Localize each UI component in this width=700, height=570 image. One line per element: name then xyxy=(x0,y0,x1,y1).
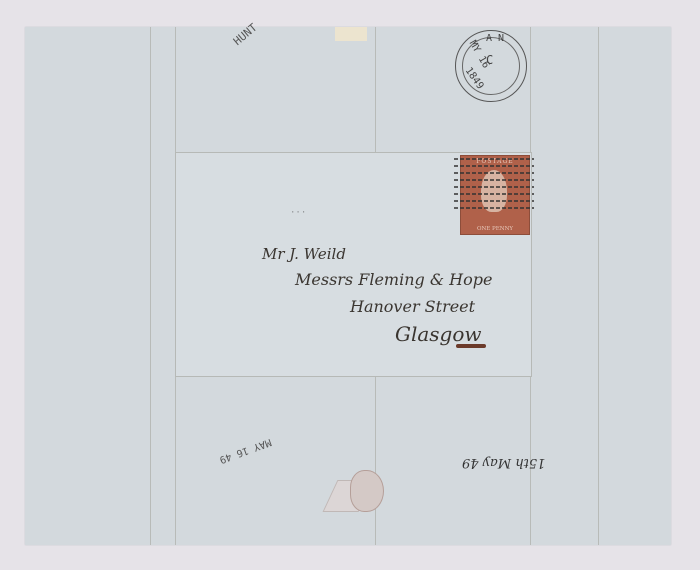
wax-seal xyxy=(330,470,382,515)
fold-line xyxy=(150,27,151,545)
address-line-1: Mr J. Weild xyxy=(262,245,346,263)
ink-blot xyxy=(456,344,486,348)
address-line-4: Glasgow xyxy=(395,322,482,346)
paper-tab xyxy=(335,27,367,41)
faint-handstamp: ··· xyxy=(290,208,306,218)
circular-postmark: A N C MY 16 1849 xyxy=(455,30,527,102)
address-line-2: Messrs Fleming & Hope xyxy=(295,270,492,289)
cancellation-bars xyxy=(454,158,534,210)
fold-line xyxy=(598,27,599,545)
address-line-3: Hanover Street xyxy=(350,297,475,316)
docket-note: 15th May 49 xyxy=(462,455,545,470)
